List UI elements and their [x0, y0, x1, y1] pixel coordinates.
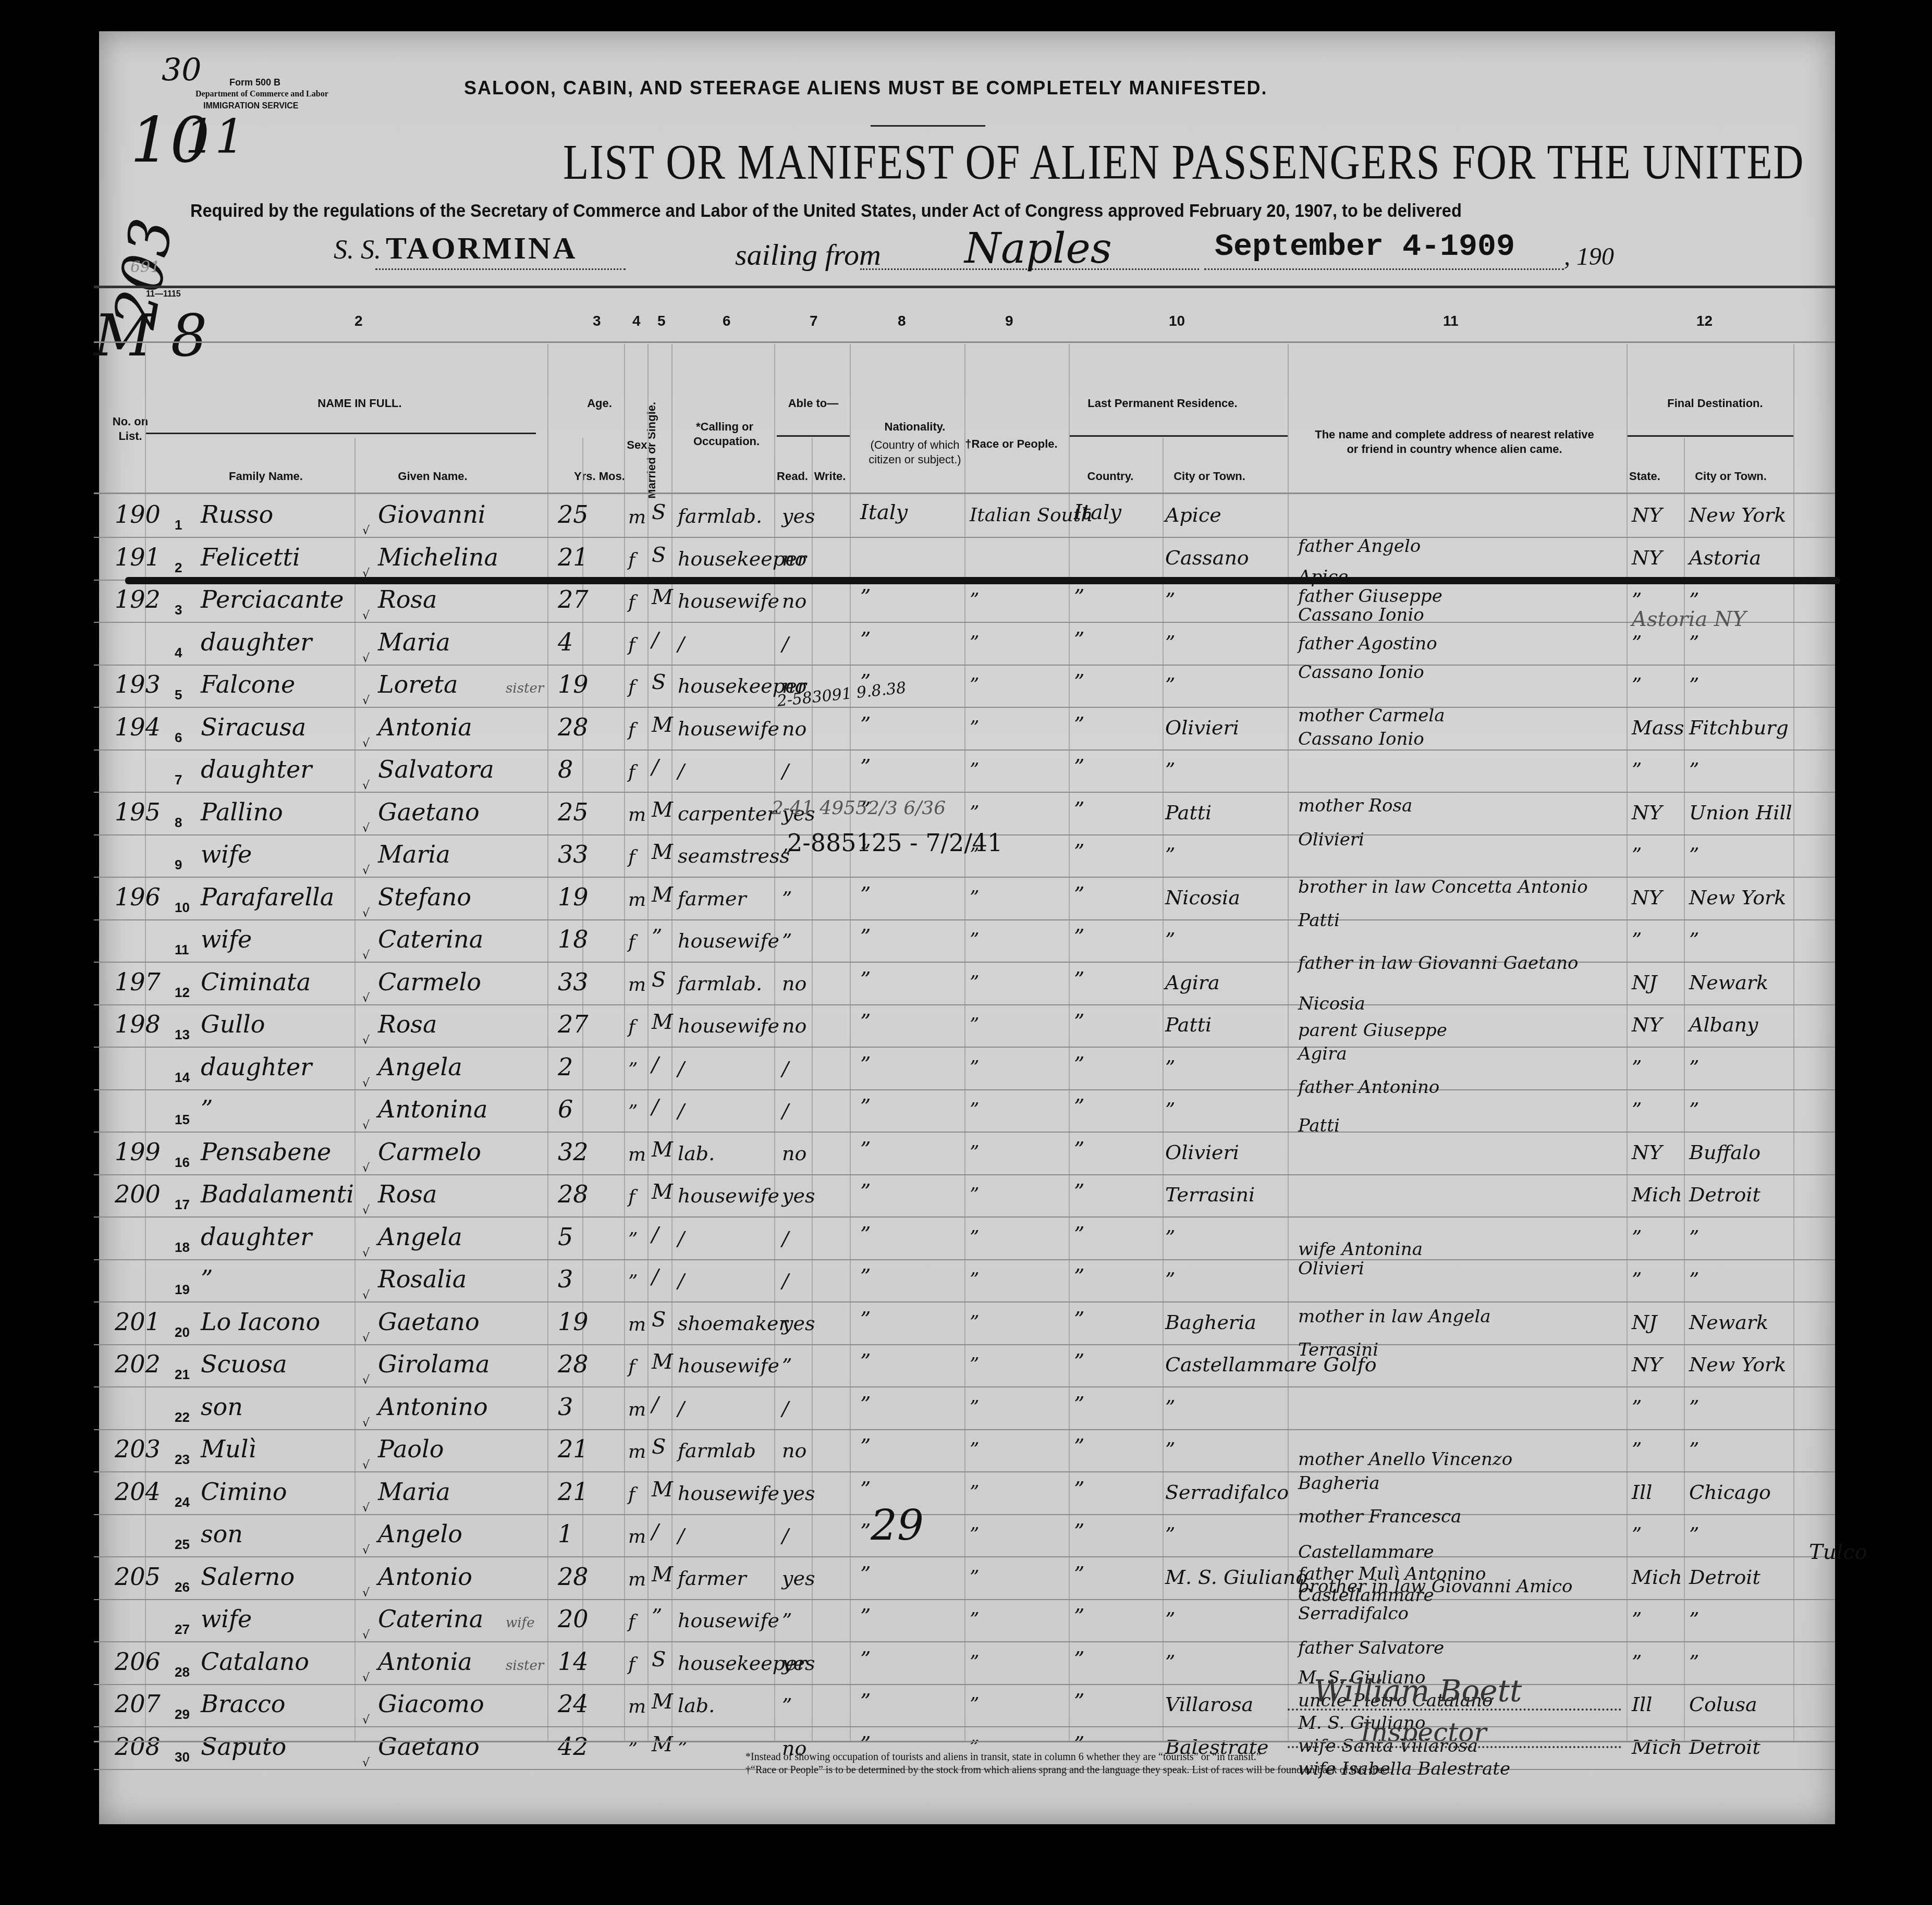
manifest-sheet: Form 500 B Department of Commerce and La…	[99, 31, 1835, 1824]
relative-entry: Terrasini	[1298, 1339, 1378, 1360]
relative-entry: father Angelo	[1298, 536, 1421, 557]
relative-entry: Patti	[1298, 910, 1340, 931]
relative-entry: father in law Giovanni Gaetano	[1298, 953, 1579, 974]
relative-entry: Bagheria	[1298, 1473, 1379, 1494]
inspector-title: Inspector	[1361, 1717, 1486, 1748]
relative-entry: mother Carmela	[1298, 705, 1445, 726]
table-bottom-rule	[94, 1741, 1835, 1742]
relative-entry: mother Anello Vincenzo	[1298, 1449, 1512, 1470]
relative-entry: brother in law Concetta Antonio	[1298, 877, 1588, 898]
relative-entry: mother Francesca	[1298, 1506, 1461, 1527]
relative-entry: Patti	[1298, 1115, 1340, 1136]
footnote-occupation: *Instead of showing occupation of touris…	[745, 1751, 1261, 1763]
relative-entry: wife Antonina	[1298, 1239, 1423, 1260]
relative-entry: Olivieri	[1298, 829, 1364, 850]
cert-number-195a: 2-41 49552/3 6/36	[772, 797, 946, 819]
cert-number-195b: 2-885125 - 7/2/41	[787, 829, 1002, 857]
relative-entry: father Agostino	[1298, 633, 1437, 654]
relative-entry: father Salvatore	[1298, 1638, 1444, 1658]
relative-entry: Agira	[1298, 1043, 1347, 1064]
relative-entry: Olivieri	[1298, 1258, 1364, 1279]
relative-entry: parent Giuseppe	[1298, 1020, 1447, 1041]
relative-entry: mother in law Angela	[1298, 1306, 1491, 1327]
relative-entry: mother Rosa	[1298, 795, 1412, 816]
relative-entry: Cassano Ionio	[1298, 605, 1424, 625]
relative-entry: brother in law Giovanni Amico	[1298, 1576, 1573, 1597]
footnote-race: †“Race or People” is to be determined by…	[745, 1764, 1392, 1776]
relative-entry: father Antonino	[1298, 1077, 1439, 1098]
pencil-note-astoria: Astoria NY	[1632, 607, 1746, 631]
inspector-signature: William Boett	[1314, 1673, 1522, 1709]
relative-entry: Serradifalco	[1298, 1603, 1409, 1624]
relative-entry: Cassano Ionio	[1298, 729, 1424, 749]
side-note-tulco: Tulco	[1809, 1540, 1867, 1564]
tally-mark: 29	[871, 1501, 924, 1550]
relative-entry: father Giuseppe	[1298, 586, 1442, 607]
relative-entry: Castellammare	[1298, 1542, 1434, 1563]
relative-entry: Cassano Ionio	[1298, 662, 1424, 683]
relative-entry: Apice	[1298, 567, 1348, 587]
signature-line	[1288, 1709, 1621, 1711]
relative-entry: Nicosia	[1298, 993, 1365, 1014]
relatives-column: father AngeloApicefather GiuseppeCassano…	[99, 31, 1835, 1824]
